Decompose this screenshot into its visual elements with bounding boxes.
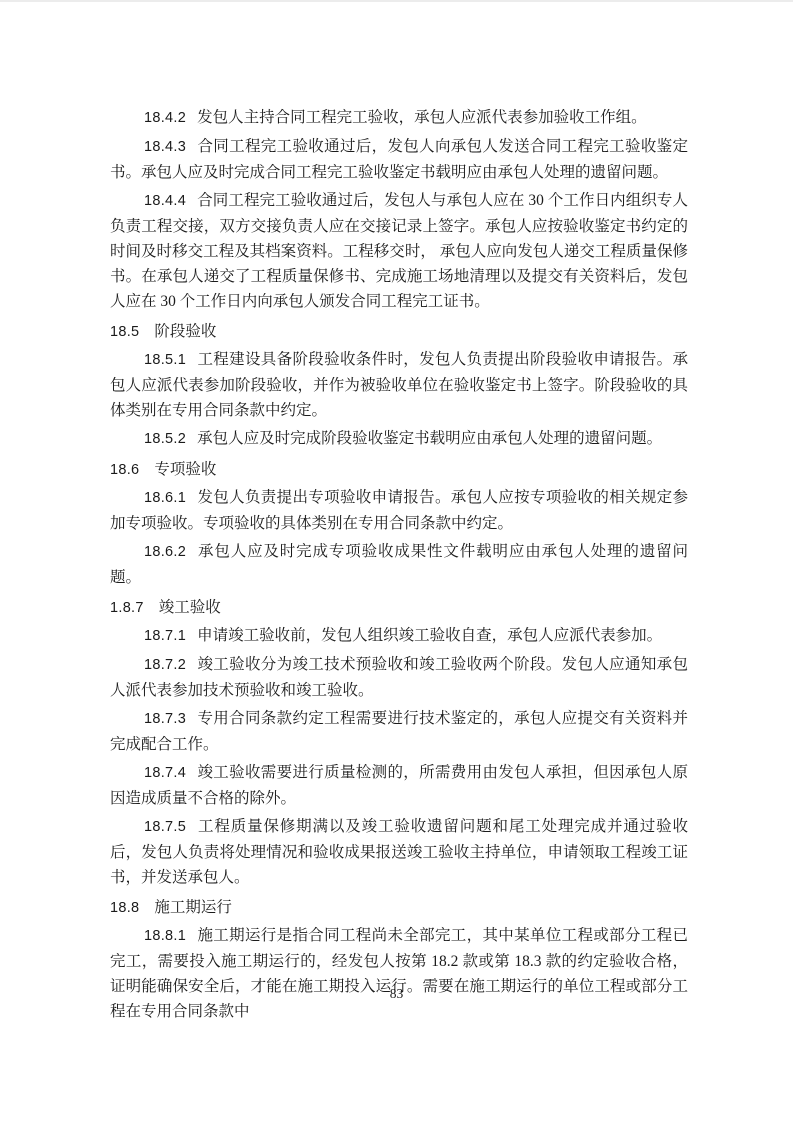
clause-text: 承包人应及时完成阶段验收鉴定书载明应由承包人处理的遗留问题。 <box>197 430 662 447</box>
clause-paragraph: 18.7.1申请竣工验收前，发包人组织竣工验收自查，承包人应派代表参加。 <box>110 623 688 649</box>
section-number: 18.6 <box>110 462 139 478</box>
section-title: 施工期运行 <box>154 899 232 916</box>
clause-number: 18.8.1 <box>144 928 186 944</box>
clause-text: 承包人应及时完成专项验收成果性文件载明应由承包人处理的遗留问题。 <box>110 543 688 586</box>
section-title: 竣工验收 <box>159 599 221 616</box>
clause-paragraph: 18.6.1发包人负责提出专项验收申请报告。承包人应按专项验收的相关规定参加专项… <box>110 485 688 536</box>
clause-paragraph: 18.4.2发包人主持合同工程完工验收，承包人应派代表参加验收工作组。 <box>110 105 688 131</box>
clause-text: 合同工程完工验收通过后，发包人向承包人发送合同工程完工验收鉴定书。承包人应及时完… <box>110 138 688 181</box>
clause-text: 竣工验收需要进行质量检测的，所需费用由发包人承担，但因承包人原因造成质量不合格的… <box>110 764 688 807</box>
clause-paragraph: 18.8.1施工期运行是指合同工程尚未全部完工，其中某单位工程或部分工程已完工，… <box>110 923 688 1024</box>
clause-paragraph: 18.7.2竣工验收分为竣工技术预验收和竣工验收两个阶段。发包人应通知承包人派代… <box>110 652 688 703</box>
clause-paragraph: 18.4.3合同工程完工验收通过后，发包人向承包人发送合同工程完工验收鉴定书。承… <box>110 134 688 185</box>
clause-text: 发包人负责提出专项验收申请报告。承包人应按专项验收的相关规定参加专项验收。专项验… <box>110 489 688 532</box>
section-number: 18.8 <box>110 900 139 916</box>
clause-number: 18.4.2 <box>144 110 186 126</box>
clause-text: 工程质量保修期满以及竣工验收遗留问题和尾工处理完成并通过验收后，发包人负责将处理… <box>110 818 688 886</box>
clause-paragraph: 18.6.2承包人应及时完成专项验收成果性文件载明应由承包人处理的遗留问题。 <box>110 539 688 590</box>
clause-number: 18.7.5 <box>144 819 186 835</box>
clause-number: 18.5.1 <box>144 352 186 368</box>
clause-text: 申请竣工验收前，发包人组织竣工验收自查，承包人应派代表参加。 <box>197 627 662 644</box>
document-body: 18.4.2发包人主持合同工程完工验收，承包人应派代表参加验收工作组。18.4.… <box>110 105 688 1027</box>
clause-paragraph: 18.4.4合同工程完工验收通过后，发包人与承包人应在 30 个工作日内组织专人… <box>110 188 688 314</box>
page-number: 83 <box>0 986 793 1002</box>
section-heading: 1.8.7竣工验收 <box>110 595 688 621</box>
clause-number: 18.6.1 <box>144 490 186 506</box>
clause-text: 施工期运行是指合同工程尚未全部完工，其中某单位工程或部分工程已完工，需要投入施工… <box>110 927 688 1020</box>
section-heading: 18.8施工期运行 <box>110 895 688 921</box>
section-heading: 18.6专项验收 <box>110 457 688 483</box>
clause-paragraph: 18.5.2承包人应及时完成阶段验收鉴定书载明应由承包人处理的遗留问题。 <box>110 426 688 452</box>
clause-paragraph: 18.7.3专用合同条款约定工程需要进行技术鉴定的，承包人应提交有关资料并完成配… <box>110 706 688 757</box>
clause-text: 工程建设具备阶段验收条件时，发包人负责提出阶段验收申请报告。承包人应派代表参加阶… <box>110 351 688 419</box>
clause-text: 发包人主持合同工程完工验收，承包人应派代表参加验收工作组。 <box>197 109 647 126</box>
clause-number: 18.7.3 <box>144 711 186 727</box>
clause-paragraph: 18.7.4竣工验收需要进行质量检测的，所需费用由发包人承担，但因承包人原因造成… <box>110 760 688 811</box>
clause-number: 18.7.1 <box>144 628 186 644</box>
clause-paragraph: 18.5.1工程建设具备阶段验收条件时，发包人负责提出阶段验收申请报告。承包人应… <box>110 347 688 423</box>
section-number: 1.8.7 <box>110 600 144 616</box>
clause-text: 竣工验收分为竣工技术预验收和竣工验收两个阶段。发包人应通知承包人派代表参加技术预… <box>110 656 688 699</box>
clause-number: 18.4.3 <box>144 139 186 155</box>
section-title: 专项验收 <box>154 461 216 478</box>
section-number: 18.5 <box>110 324 139 340</box>
clause-text: 合同工程完工验收通过后，发包人与承包人应在 30 个工作日内组织专人负责工程交接… <box>110 192 688 310</box>
clause-number: 18.7.2 <box>144 657 186 673</box>
clause-number: 18.6.2 <box>144 544 186 560</box>
section-title: 阶段验收 <box>154 323 216 340</box>
clause-number: 18.4.4 <box>144 193 186 209</box>
clause-number: 18.7.4 <box>144 765 186 781</box>
document-page: 18.4.2发包人主持合同工程完工验收，承包人应派代表参加验收工作组。18.4.… <box>0 0 793 1122</box>
clause-number: 18.5.2 <box>144 431 186 447</box>
clause-text: 专用合同条款约定工程需要进行技术鉴定的，承包人应提交有关资料并完成配合工作。 <box>110 710 688 753</box>
section-heading: 18.5阶段验收 <box>110 319 688 345</box>
clause-paragraph: 18.7.5工程质量保修期满以及竣工验收遗留问题和尾工处理完成并通过验收后，发包… <box>110 814 688 890</box>
